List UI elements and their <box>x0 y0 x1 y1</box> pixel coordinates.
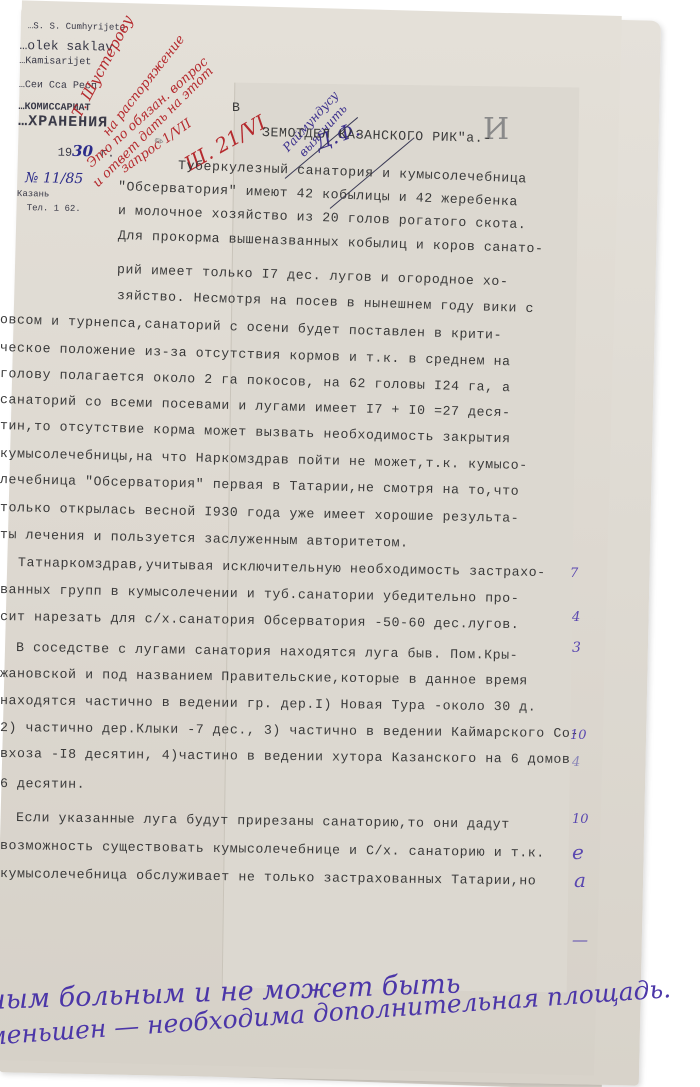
body-line-17: ванных групп в кумысолечении и туб.санат… <box>0 582 519 606</box>
body-line-23: вхоза -I8 десятин, 4)частино в ведении х… <box>0 746 570 767</box>
margin-note-5: 4 <box>572 755 580 770</box>
body-line-18: сит нарезать для с/х.санатория Обсервато… <box>0 609 519 632</box>
margin-note-7: е <box>572 840 584 864</box>
margin-note-4: 10 <box>570 728 587 743</box>
addressee-prefix: В <box>232 100 241 115</box>
body-line-15: ты лечения и пользуется заслуженным авто… <box>0 527 409 551</box>
body-line-22: 2) частично дер.Клыки -7 дес., 3) частич… <box>0 720 579 741</box>
body-line-5: рий имеет только I7 дес. лугов и огородн… <box>117 262 509 289</box>
body-line-24: 6 десятин. <box>0 776 85 792</box>
margin-note-3: 3 <box>572 640 581 656</box>
body-line-19: В соседстве с лугами санатория находятся… <box>16 640 519 663</box>
body-line-11: тин,то отсутствие корма может вызвать не… <box>0 418 511 446</box>
body-line-14: только открылась весной I930 года уже им… <box>0 500 519 526</box>
body-line-3: и молочное хозяйство из 20 голов рогатог… <box>118 203 527 232</box>
margin-note-1: 7 <box>570 566 578 581</box>
body-line-25: Если указанные луга будут прирезаны сана… <box>16 810 510 832</box>
body-line-6: зяйство. Несмотря на посев в нынешнем го… <box>117 288 534 316</box>
body-line-27: кумысолечебница обслуживает не только за… <box>0 866 536 888</box>
body-line-9: голову полагается около 2 га покосов, на… <box>0 366 511 395</box>
body-line-13: лечебница "Обсерватория" первая в Татари… <box>0 472 519 499</box>
body-line-1: Туберкулезный санатория и кумысолечебниц… <box>178 158 527 186</box>
body-line-16: Татнаркомздрав,учитывая исключительную н… <box>18 555 546 580</box>
body-line-12: кумысолечебницы,на что Наркомздрав пойти… <box>0 446 528 473</box>
margin-note-6: 10 <box>572 812 589 827</box>
typed-letter-body: В ЗЕМОТДЕЛ КАЗАНСКОГО РИК"а.- Туберкулез… <box>0 0 700 1087</box>
margin-note-9: — <box>572 930 588 949</box>
body-line-7: овсом и турнепса,санаторий с осени будет… <box>0 312 502 343</box>
body-line-4: Для прокорма вышеназванных кобылиц и кор… <box>118 228 544 256</box>
body-line-21: находятся частично в ведении гр. дер.I) … <box>0 693 536 715</box>
body-line-20: жановской и под названием Правительские,… <box>0 666 528 688</box>
body-line-10: санаторий со всеми посевами и лугами име… <box>0 392 511 420</box>
margin-note-2: 4 <box>572 610 580 625</box>
body-line-26: возможность существовать кумысолечебнице… <box>0 838 545 861</box>
addressee-org: ЗЕМОТДЕЛ КАЗАНСКОГО РИК"а.- <box>262 125 492 146</box>
body-line-8: ческое положение из-за отсутствия кормов… <box>0 340 511 369</box>
margin-note-8: а <box>574 868 586 892</box>
